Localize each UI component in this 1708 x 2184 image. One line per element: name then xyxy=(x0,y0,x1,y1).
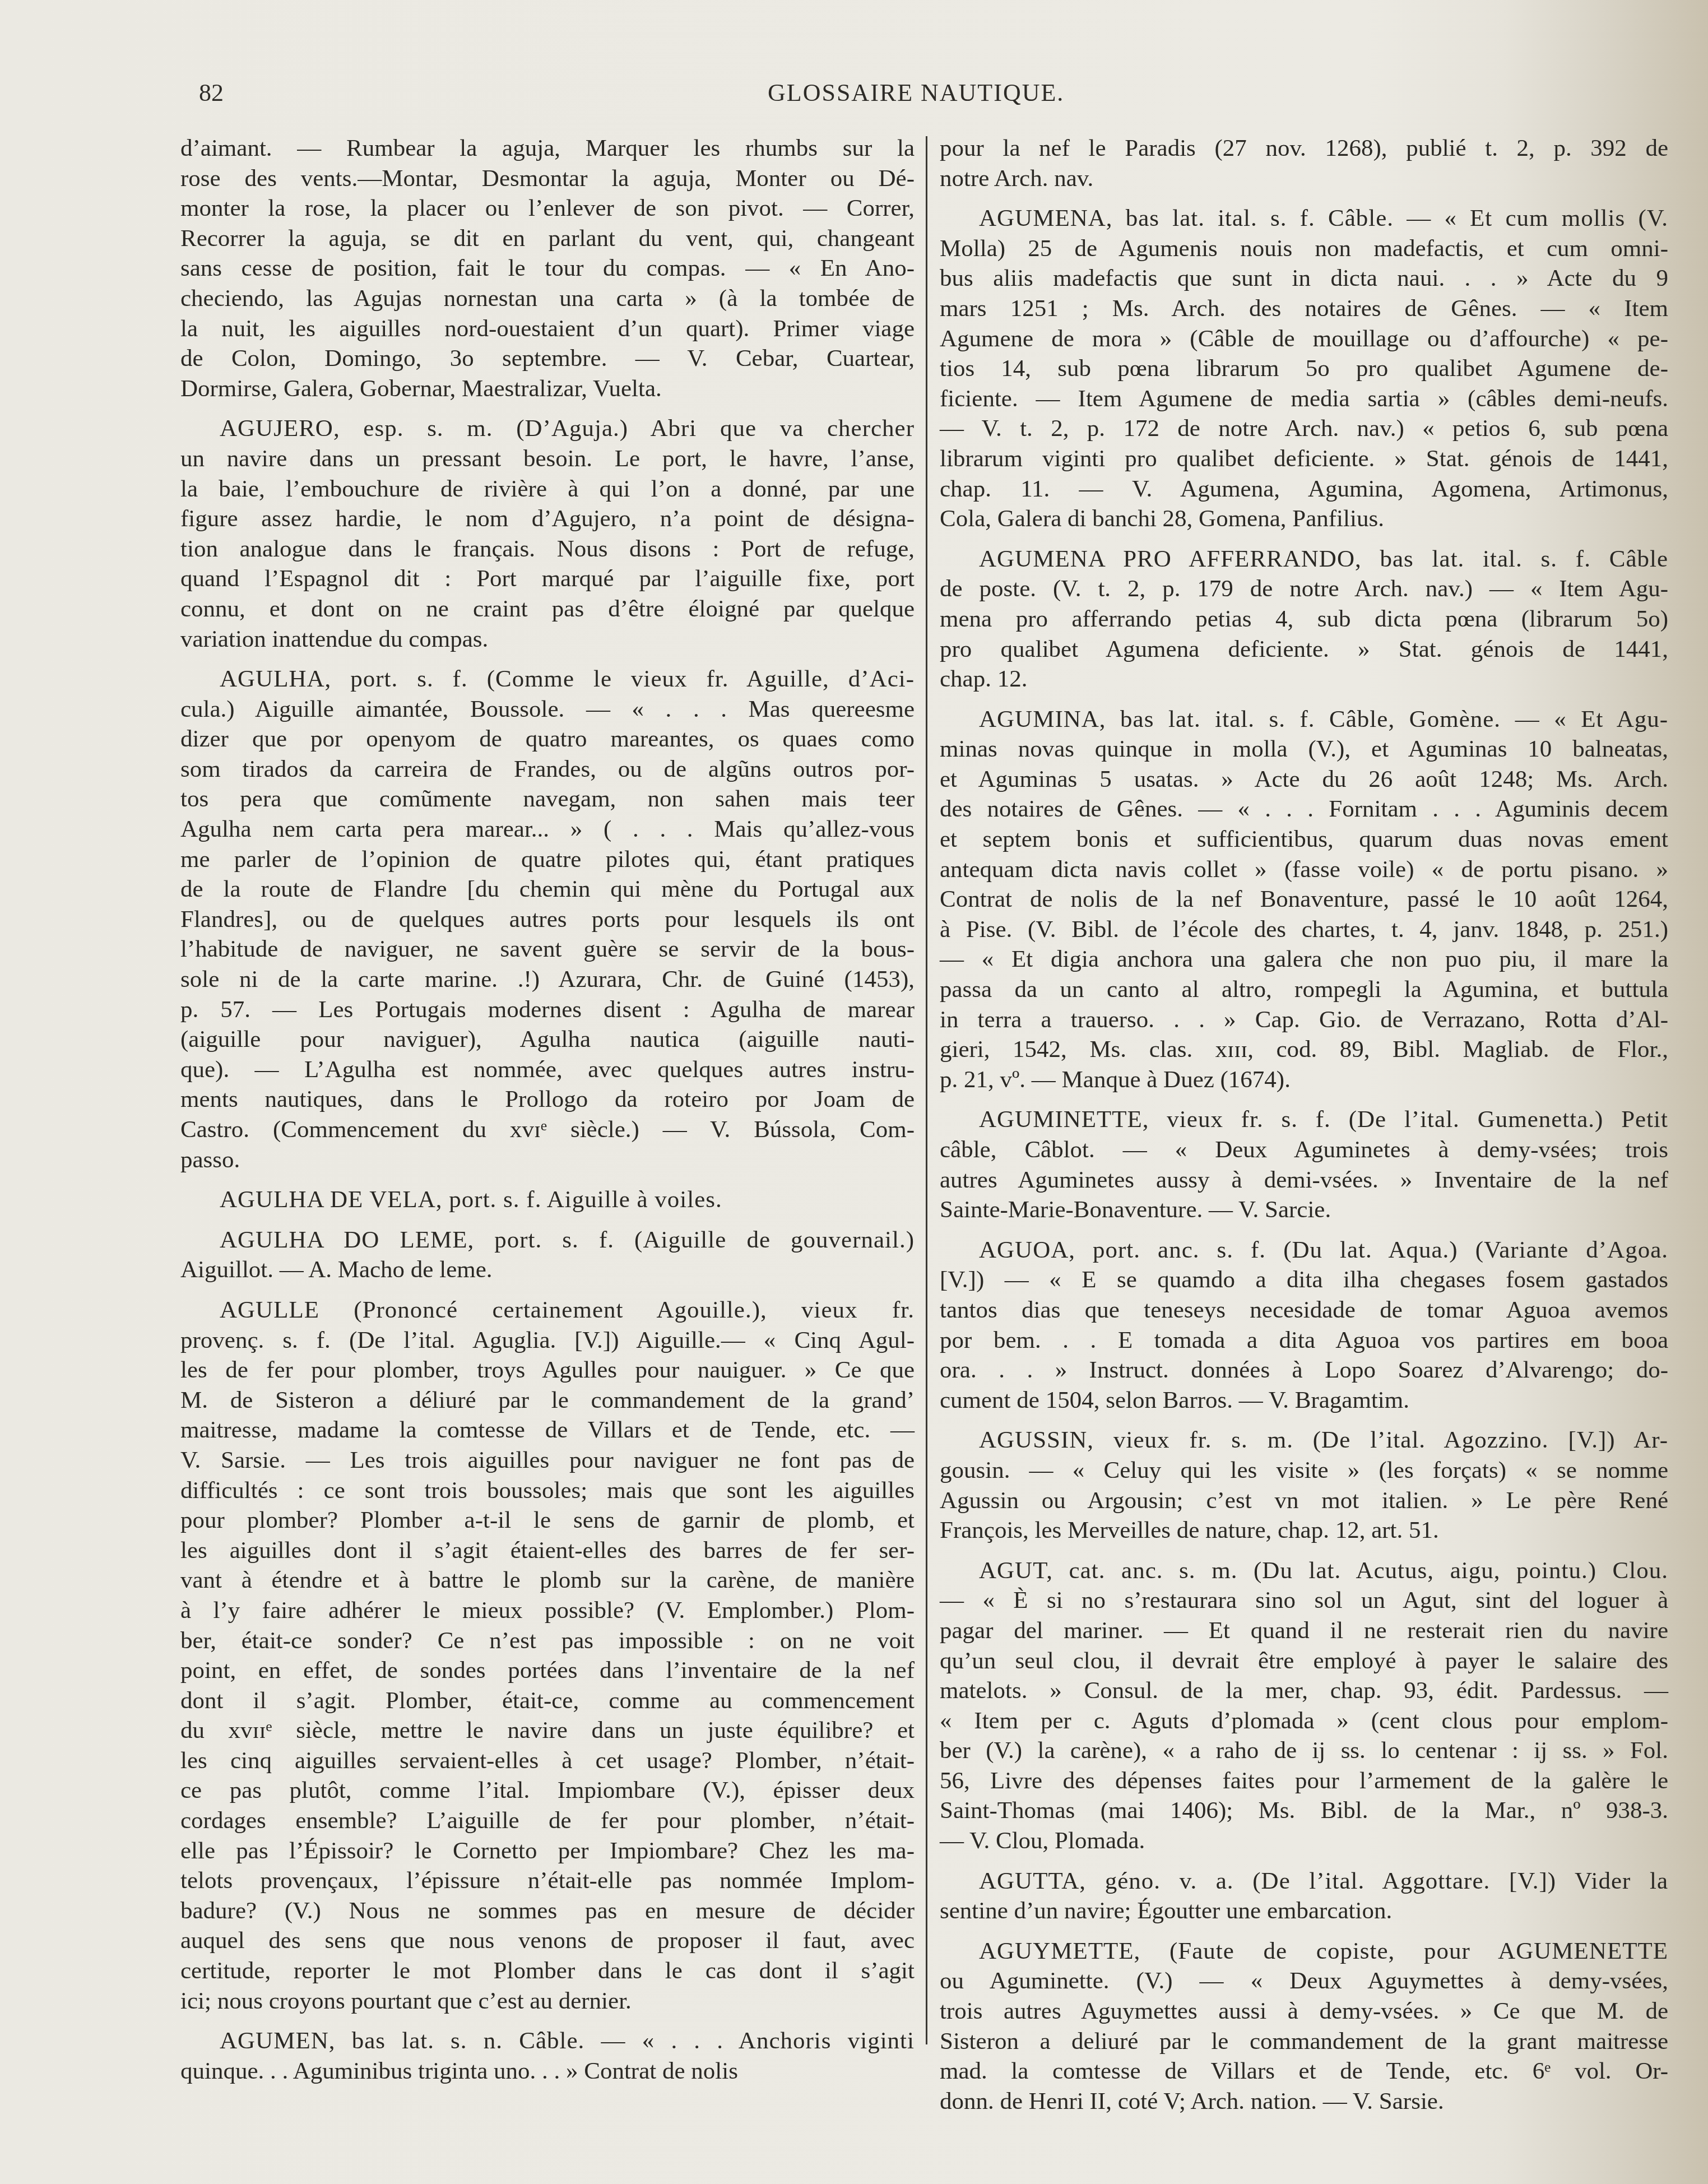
entry-text-line: sentine d’un navire; Égoutter une embarc… xyxy=(940,1896,1668,1926)
entry-text-line: tos pera que comũmente navegam, non sahe… xyxy=(180,784,915,814)
entry-text-line: gieri, 1542, Ms. clas. xɪɪɪ, cod. 89, Bi… xyxy=(940,1035,1668,1065)
entry-text-line: la nuit, les aiguilles nord-ouestaient d… xyxy=(180,314,915,344)
entry-text-line: mars 1251 ; Ms. Arch. des notaires de Gê… xyxy=(940,294,1668,324)
entry-text-line: 56, Livre des dépenses faites pour l’arm… xyxy=(940,1766,1668,1796)
entry-text-line: V. Sarsie. — Les trois aiguilles pour na… xyxy=(180,1445,915,1476)
entry-text-line: vant à étendre et à battre le plomb sur … xyxy=(180,1565,915,1596)
entry-text-line: mad. la comtesse de Villars et de Tende,… xyxy=(940,2056,1668,2086)
entry-text-line: minas novas quinque in molla (V.), et Ag… xyxy=(940,734,1668,764)
entry-text-line: passa da un canto al altro, rompegli la … xyxy=(940,975,1668,1005)
glossary-entry-continuation: pour la nef le Paradis (27 nov. 1268), p… xyxy=(940,133,1668,193)
glossary-entry-agujero: AGUJERO, esp. s. m. (D’Aguja.) Abri que … xyxy=(180,414,915,654)
entry-text-line: autres Aguminetes aussy à demi-vsées. » … xyxy=(940,1165,1668,1195)
entry-text-line: tios 14, sub pœna librarum 5o pro qualib… xyxy=(940,354,1668,384)
entry-text-line: d’aimant. — Rumbear la aguja, Marquer le… xyxy=(180,133,915,164)
entry-text-line: que). — L’Agulha est nommée, avec quelqu… xyxy=(180,1055,915,1085)
column-divider xyxy=(926,136,927,2044)
entry-text-line: la baie, l’embouchure de rivière à qui l… xyxy=(180,474,915,504)
entry-text-line: dizer que por openyom de quatro mareante… xyxy=(180,724,915,754)
entry-text-line: [V.]) — « E se quamdo a dita ilha chegas… xyxy=(940,1265,1668,1295)
entry-headline: AGULLE (Prononcé certainement Agouille.)… xyxy=(180,1295,915,1325)
entry-text-line: de Colon, Domingo, 3o septembre. — V. Ce… xyxy=(180,344,915,374)
entry-text-line: trois autres Aguymettes aussi à demy-vsé… xyxy=(940,1996,1668,2027)
left-column: d’aimant. — Rumbear la aguja, Marquer le… xyxy=(180,133,915,2096)
entry-text-line: tion analogue dans le français. Nous dis… xyxy=(180,534,915,564)
entry-text-line: chap. 11. — V. Agumena, Agumina, Agomena… xyxy=(940,474,1668,504)
entry-headline: AGULHA DE VELA, port. s. f. Aiguille à v… xyxy=(180,1185,915,1215)
entry-headline: AGULHA, port. s. f. (Comme le vieux fr. … xyxy=(180,664,915,694)
entry-text-line: sans cesse de position, fait le tour du … xyxy=(180,253,915,284)
glossary-entry-agumena: AGUMENA, bas lat. ital. s. f. Câble. — «… xyxy=(940,203,1668,534)
entry-text-line: quinque. . . Aguminibus triginta uno. . … xyxy=(180,2056,915,2086)
glossary-entry-agulha-do-leme: AGULHA DO LEME, port. s. f. (Aiguille de… xyxy=(180,1225,915,1285)
entry-text-line: Agulha nem carta pera marear... » ( . . … xyxy=(180,814,915,845)
entry-text-line: bus aliis madefactis que sunt in dicta n… xyxy=(940,263,1668,294)
book-page: 82 GLOSSAIRE NAUTIQUE. d’aimant. — Rumbe… xyxy=(0,0,1708,2184)
entry-text-line: auquel des sens que nous venons de propo… xyxy=(180,1926,915,1956)
entry-text-line: p. 21, vº. — Manque à Duez (1674). xyxy=(940,1065,1668,1095)
entry-text-line: les aiguilles dont il s’agit étaient-ell… xyxy=(180,1536,915,1566)
entry-text-line: telots provençaux, l’épissure n’était-el… xyxy=(180,1866,915,1896)
entry-text-line: — V. Clou, Plomada. xyxy=(940,1826,1668,1856)
entry-text-line: librarum viginti pro qualibet deficiente… xyxy=(940,444,1668,474)
entry-headline: AGUMENA, bas lat. ital. s. f. Câble. — «… xyxy=(940,203,1668,234)
entry-text-line: M. de Sisteron a déliuré par le commande… xyxy=(180,1385,915,1416)
glossary-entry-agumen: AGUMEN, bas lat. s. n. Câble. — « . . . … xyxy=(180,2026,915,2086)
entry-text-line: point, en effet, de sondes portées dans … xyxy=(180,1656,915,1686)
entry-text-line: ficiente. — Item Agumene de media sartia… xyxy=(940,384,1668,414)
entry-text-line: cument de 1504, selon Barros. — V. Braga… xyxy=(940,1385,1668,1416)
entry-text-line: Contrat de nolis de la nef Bonaventure, … xyxy=(940,884,1668,915)
entry-headline: AGULHA DO LEME, port. s. f. (Aiguille de… xyxy=(180,1225,915,1255)
entry-text-line: ce pas plutôt, comme l’ital. Impiombare … xyxy=(180,1775,915,1806)
glossary-entry-agumena-pro-afferrando: AGUMENA PRO AFFERRANDO, bas lat. ital. s… xyxy=(940,544,1668,694)
entry-text-line: dont il s’agit. Plomber, était-ce, comme… xyxy=(180,1686,915,1716)
entry-headline: AGUMINA, bas lat. ital. s. f. Câble, Gom… xyxy=(940,704,1668,735)
entry-text-line: Agumene de mora » (Câble de mouillage ou… xyxy=(940,324,1668,354)
entry-text-line: ora. . . » Instruct. données à Lopo Soar… xyxy=(940,1355,1668,1385)
entry-text-line: Sisteron a deliuré par le commandement d… xyxy=(940,2027,1668,2057)
entry-text-line: por bem. . . E tomada a dita Aguoa vos p… xyxy=(940,1325,1668,1356)
entry-headline: AGUMINETTE, vieux fr. s. f. (De l’ital. … xyxy=(940,1105,1668,1135)
entry-text-line: et Aguminas 5 usatas. » Acte du 26 août … xyxy=(940,764,1668,795)
entry-text-line: des notaires de Gênes. — « . . . Fornita… xyxy=(940,794,1668,824)
entry-text-line: antequam dicta navis collet » (fasse voi… xyxy=(940,855,1668,885)
entry-text-line: p. 57. — Les Portugais modernes disent :… xyxy=(180,995,915,1025)
entry-text-line: elle pas l’Épissoir? le Cornetto per Imp… xyxy=(180,1836,915,1866)
entry-text-line: monter la rose, la placer ou l’enlever d… xyxy=(180,193,915,224)
entry-text-line: les cinq aiguilles servaient-elles à cet… xyxy=(180,1746,915,1776)
entry-text-line: Cola, Galera di banchi 28, Gomena, Panfi… xyxy=(940,504,1668,534)
entry-text-line: (aiguille pour naviguer), Agulha nautica… xyxy=(180,1024,915,1055)
entry-text-line: ber (V.) la carène), « a raho de ij ss. … xyxy=(940,1736,1668,1766)
glossary-entry-agussin: AGUSSIN, vieux fr. s. m. (De l’ital. Ago… xyxy=(940,1425,1668,1545)
entry-text-line: sole ni de la carte marine. .!) Azurara,… xyxy=(180,965,915,995)
entry-text-line: notre Arch. nav. xyxy=(940,164,1668,194)
entry-headline: AGUJERO, esp. s. m. (D’Aguja.) Abri que … xyxy=(180,414,915,444)
entry-text-line: checiendo, las Agujas nornestan una cart… xyxy=(180,284,915,314)
entry-text-line: ber, était-ce sonder? Ce n’est pas impos… xyxy=(180,1626,915,1656)
glossary-entry-aguoa: AGUOA, port. anc. s. f. (Du lat. Aqua.) … xyxy=(940,1235,1668,1416)
entry-text-line: Flandres], ou de quelques autres ports p… xyxy=(180,905,915,935)
entry-headline: AGUMEN, bas lat. s. n. Câble. — « . . . … xyxy=(180,2026,915,2056)
entry-text-line: provenç. s. f. (De l’ital. Aguglia. [V.]… xyxy=(180,1325,915,1356)
entry-text-line: matelots. » Consul. de la mer, chap. 93,… xyxy=(940,1676,1668,1706)
running-title: GLOSSAIRE NAUTIQUE. xyxy=(768,78,1064,107)
entry-headline: AGUTTA, géno. v. a. (De l’ital. Aggottar… xyxy=(940,1866,1668,1896)
glossary-entry-agutta: AGUTTA, géno. v. a. (De l’ital. Aggottar… xyxy=(940,1866,1668,1926)
entry-text-line: variation inattendue du compas. xyxy=(180,624,915,655)
glossary-entry-agut: AGUT, cat. anc. s. m. (Du lat. Acutus, a… xyxy=(940,1556,1668,1856)
entry-text-line: tantos dias que teneseys necesidade de t… xyxy=(940,1295,1668,1325)
entry-text-line: Aiguillot. — A. Macho de leme. xyxy=(180,1255,915,1285)
entry-text-line: maitresse, madame la comtesse de Villars… xyxy=(180,1415,915,1445)
entry-text-line: Molla) 25 de Agumenis nouis non madefact… xyxy=(940,234,1668,264)
entry-text-line: me parler de l’opinion de quatre pilotes… xyxy=(180,845,915,875)
entry-text-line: à Pise. (V. Bibl. de l’école des chartes… xyxy=(940,915,1668,945)
entry-text-line: ou Aguminette. (V.) — « Deux Aguymettes … xyxy=(940,1966,1668,1996)
entry-text-line: in terra a trauerso. . . » Cap. Gio. de … xyxy=(940,1005,1668,1035)
entry-text-line: câble, Câblot. — « Deux Aguminetes à dem… xyxy=(940,1135,1668,1165)
entry-text-line: — V. t. 2, p. 172 de notre Arch. nav.) «… xyxy=(940,414,1668,444)
entry-text-line: — « È si no s’restaurara sino sol un Agu… xyxy=(940,1585,1668,1616)
entry-text-line: les de fer pour plomber, troys Agulles p… xyxy=(180,1355,915,1385)
entry-text-line: et septem bonis et sufficientibus, quaru… xyxy=(940,824,1668,855)
glossary-entry-agulle: AGULLE (Prononcé certainement Agouille.)… xyxy=(180,1295,915,2016)
right-column: pour la nef le Paradis (27 nov. 1268), p… xyxy=(940,133,1668,2126)
entry-text-line: passo. xyxy=(180,1145,915,1175)
entry-text-line: Saint-Thomas (mai 1406); Ms. Bibl. de la… xyxy=(940,1796,1668,1826)
entry-text-line: som tirados da carreira de Frandes, ou d… xyxy=(180,754,915,785)
entry-headline: AGUOA, port. anc. s. f. (Du lat. Aqua.) … xyxy=(940,1235,1668,1265)
glossary-entry-aguminette: AGUMINETTE, vieux fr. s. f. (De l’ital. … xyxy=(940,1105,1668,1225)
entry-text-line: chap. 12. xyxy=(940,664,1668,694)
entry-text-line: Recorrer la aguja, se dit en parlant du … xyxy=(180,224,915,254)
entry-text-line: Castro. (Commencement du xvɪᵉ siècle.) —… xyxy=(180,1115,915,1145)
page-header: 82 GLOSSAIRE NAUTIQUE. xyxy=(199,78,1656,118)
glossary-entry-agulha: AGULHA, port. s. f. (Comme le vieux fr. … xyxy=(180,664,915,1175)
glossary-entry-agulha-de-vela: AGULHA DE VELA, port. s. f. Aiguille à v… xyxy=(180,1185,915,1215)
entry-headline: AGUMENA PRO AFFERRANDO, bas lat. ital. s… xyxy=(940,544,1668,574)
entry-text-line: de la route de Flandre [du chemin qui mè… xyxy=(180,874,915,905)
entry-text-line: cordages ensemble? L’aiguille de fer pou… xyxy=(180,1806,915,1836)
entry-text-line: mena pro afferrando petias 4, sub dicta … xyxy=(940,604,1668,634)
entry-text-line: pour la nef le Paradis (27 nov. 1268), p… xyxy=(940,133,1668,164)
glossary-entry-continuation: d’aimant. — Rumbear la aguja, Marquer le… xyxy=(180,133,915,404)
entry-text-line: pro qualibet Agumena deficiente. » Stat.… xyxy=(940,634,1668,665)
entry-text-line: rose des vents.—Montar, Desmontar la agu… xyxy=(180,164,915,194)
entry-text-line: Dormirse, Galera, Gobernar, Maestralizar… xyxy=(180,374,915,404)
entry-text-line: difficultés : ce sont trois boussoles; m… xyxy=(180,1476,915,1506)
entry-text-line: l’habitude de naviguer, ne savent guère … xyxy=(180,934,915,965)
entry-text-line: pagar del mariner. — Et quand il ne rest… xyxy=(940,1616,1668,1646)
entry-headline: AGUT, cat. anc. s. m. (Du lat. Acutus, a… xyxy=(940,1556,1668,1586)
entry-headline: AGUYMETTE, (Faute de copiste, pour AGUME… xyxy=(940,1936,1668,1967)
entry-text-line: figure assez hardie, le nom d’Agujero, n… xyxy=(180,504,915,534)
entry-headline: AGUSSIN, vieux fr. s. m. (De l’ital. Ago… xyxy=(940,1425,1668,1455)
glossary-entry-aguymette: AGUYMETTE, (Faute de copiste, pour AGUME… xyxy=(940,1936,1668,2117)
entry-text-line: de poste. (V. t. 2, p. 179 de notre Arch… xyxy=(940,574,1668,604)
entry-text-line: connu, et dont on ne craint pas d’être é… xyxy=(180,594,915,624)
entry-text-line: quand l’Espagnol dit : Port marqué par l… xyxy=(180,564,915,594)
entry-text-line: ments nautiques, dans le Prollogo da rot… xyxy=(180,1084,915,1115)
entry-text-line: « Item per c. Aguts d’plomada » (cent cl… xyxy=(940,1706,1668,1736)
entry-text-line: pour plomber? Plomber a-t-il le sens de … xyxy=(180,1505,915,1536)
glossary-entry-agumina: AGUMINA, bas lat. ital. s. f. Câble, Gom… xyxy=(940,704,1668,1095)
entry-text-line: du xvɪɪᵉ siècle, mettre le navire dans u… xyxy=(180,1715,915,1746)
page-number: 82 xyxy=(199,78,224,107)
entry-text-line: à l’y faire adhérer le mieux possible? (… xyxy=(180,1596,915,1626)
entry-text-line: badure? (V.) Nous ne sommes pas en mesur… xyxy=(180,1896,915,1926)
entry-text-line: Sainte-Marie-Bonaventure. — V. Sarcie. xyxy=(940,1195,1668,1225)
entry-text-line: Agussin ou Argousin; c’est vn mot italie… xyxy=(940,1486,1668,1516)
entry-text-line: — « Et digia anchora una galera che non … xyxy=(940,944,1668,975)
entry-text-line: ici; nous croyons pourtant que c’est au … xyxy=(180,1986,915,2016)
entry-text-line: François, les Merveilles de nature, chap… xyxy=(940,1515,1668,1546)
entry-text-line: cula.) Aiguille aimantée, Boussole. — « … xyxy=(180,694,915,725)
entry-text-line: certitude, reporter le mot Plomber dans … xyxy=(180,1956,915,1986)
entry-text-line: qu’un seul clou, il devrait être employé… xyxy=(940,1646,1668,1676)
entry-text-line: gousin. — « Celuy qui les visite » (les … xyxy=(940,1455,1668,1486)
entry-text-line: un navire dans un pressant besoin. Le po… xyxy=(180,444,915,474)
entry-text-line: donn. de Henri II, coté V; Arch. nation.… xyxy=(940,2086,1668,2117)
